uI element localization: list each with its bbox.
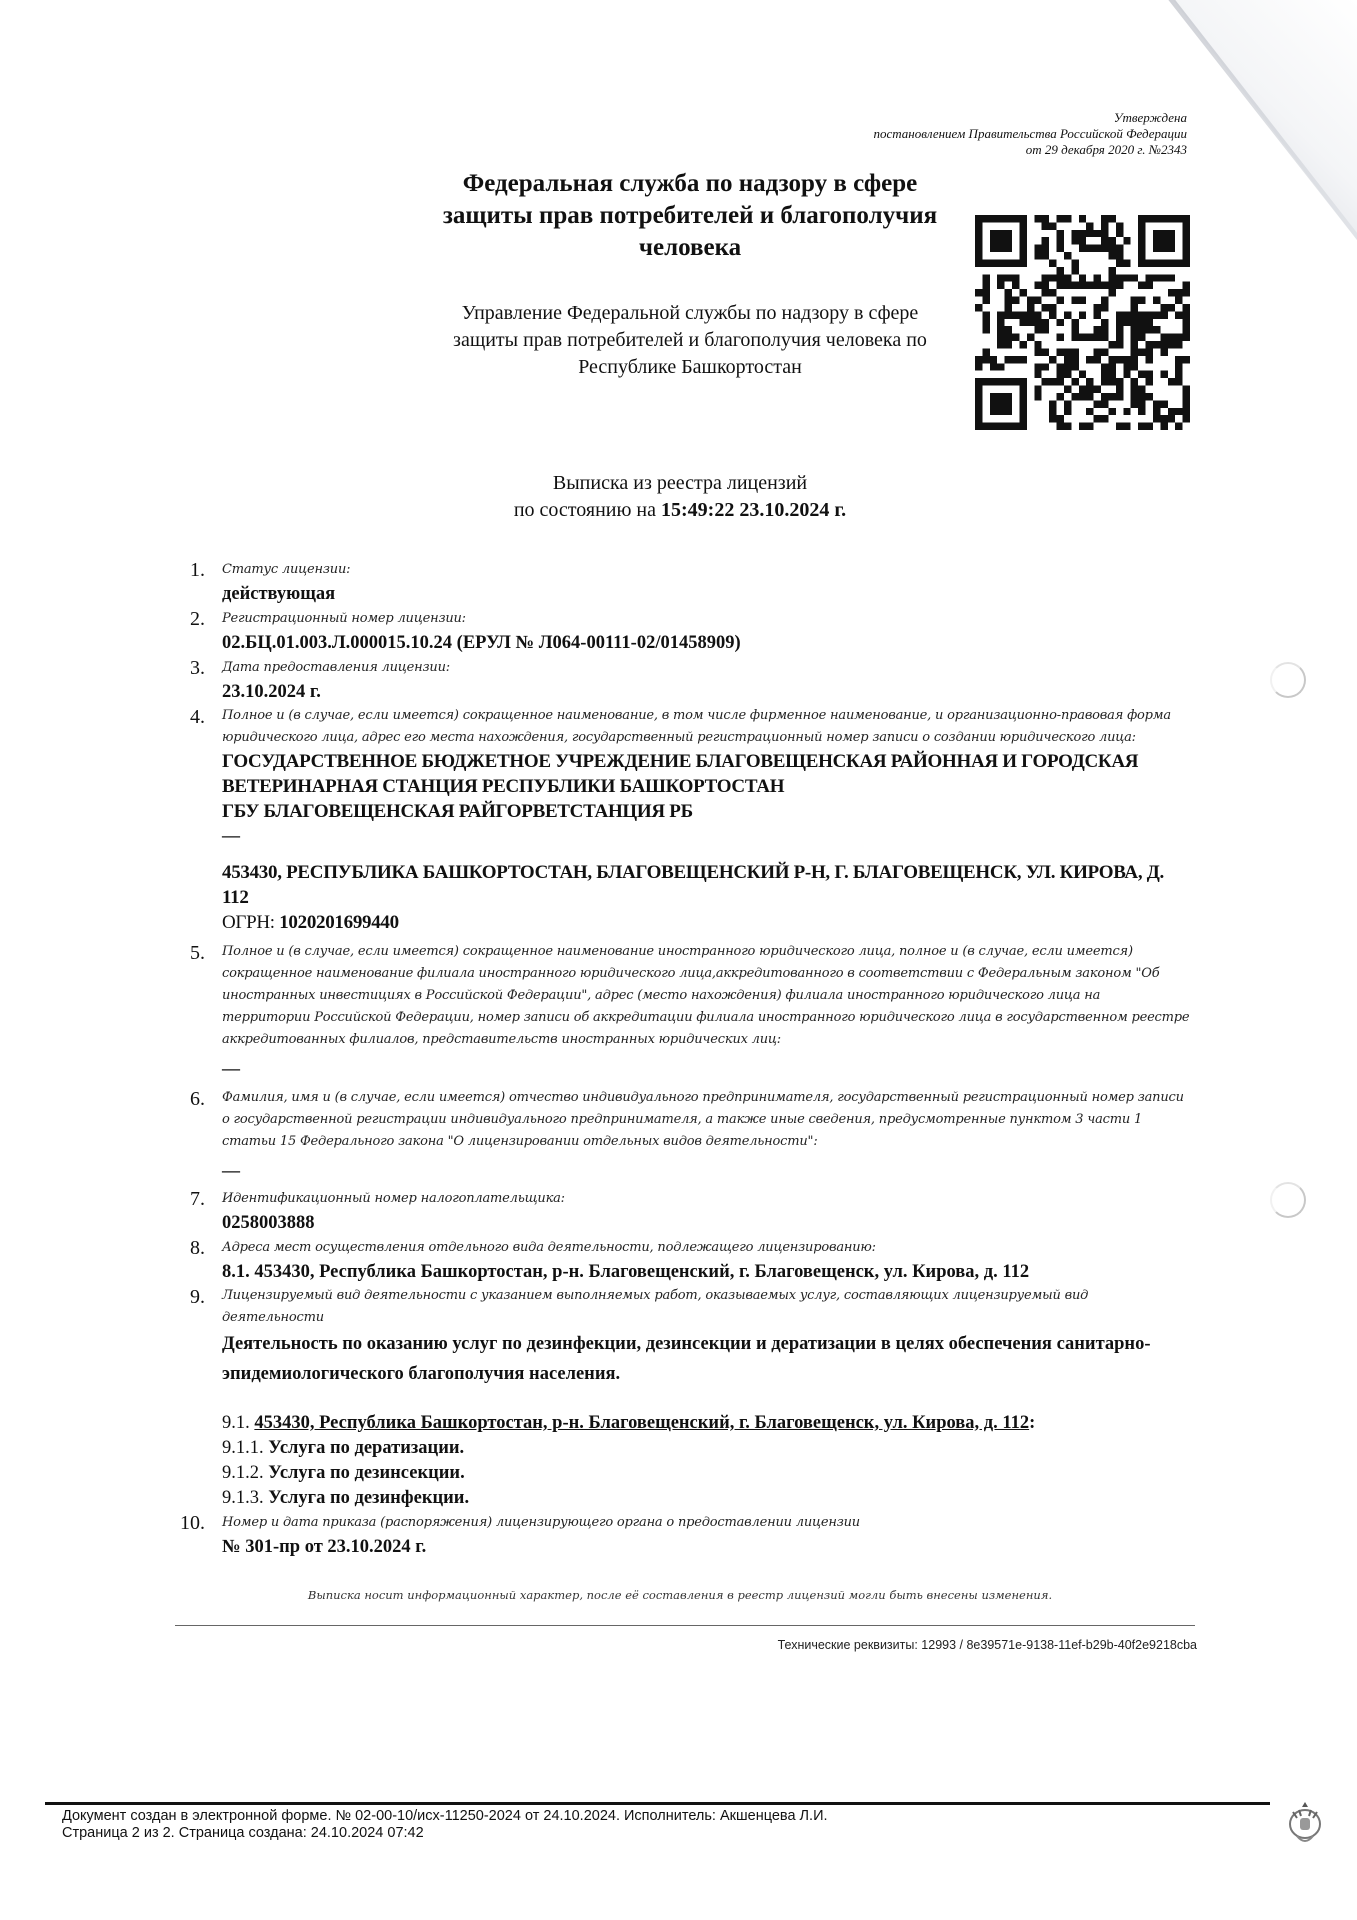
item-reg-number: 2. Регистрационный номер лицензии: 02.БЦ… bbox=[190, 607, 1190, 656]
item-label: Полное и (в случае, если имеется) сокращ… bbox=[222, 941, 1190, 1051]
license-items: 1. Статус лицензии: действующая 2. Регис… bbox=[190, 558, 1190, 1560]
divider bbox=[175, 1625, 1195, 1626]
foreign-entity-value: — bbox=[222, 1057, 1190, 1079]
licensed-activity: Деятельность по оказанию услуг по дезинф… bbox=[222, 1329, 1190, 1389]
inn-value: 0258003888 bbox=[222, 1211, 1190, 1236]
item-label: Полное и (в случае, если имеется) сокращ… bbox=[222, 705, 1190, 749]
service-address-number: 9.1. bbox=[222, 1413, 250, 1433]
item-label: Статус лицензии: bbox=[222, 558, 1190, 582]
item-number: 6. bbox=[190, 1087, 205, 1111]
license-issue-date: 23.10.2024 г. bbox=[222, 680, 1190, 705]
item-foreign-entity: 5. Полное и (в случае, если имеется) сок… bbox=[190, 941, 1190, 1079]
entity-ogrn: ОГРН: 1020201699440 bbox=[222, 910, 1190, 935]
item-label: Дата предоставления лицензии: bbox=[222, 656, 1190, 680]
item-label: Номер и дата приказа (распоряжения) лице… bbox=[222, 1511, 1190, 1535]
extract-heading: Выписка из реестра лицензий по состоянию… bbox=[420, 470, 940, 524]
license-reg-number: 02.БЦ.01.003.Л.000015.10.24 (ЕРУЛ № Л064… bbox=[222, 631, 1190, 656]
entity-brand-name: — bbox=[222, 824, 1190, 846]
item-label: Фамилия, имя и (в случае, если имеется) … bbox=[222, 1087, 1190, 1153]
extract-date-prefix: по состоянию на bbox=[514, 499, 656, 521]
extract-title: Выписка из реестра лицензий bbox=[420, 470, 940, 497]
service-item: 9.1.3. Услуга по дезинфекции. bbox=[222, 1486, 1190, 1511]
item-number: 5. bbox=[190, 941, 205, 965]
approval-note: Утверждена постановлением Правительства … bbox=[873, 110, 1187, 158]
item-number: 2. bbox=[190, 607, 205, 631]
item-number: 9. bbox=[190, 1285, 205, 1309]
item-issue-date: 3. Дата предоставления лицензии: 23.10.2… bbox=[190, 656, 1190, 705]
item-label: Идентификационный номер налогоплательщик… bbox=[222, 1187, 1190, 1211]
footer-line1: Документ создан в электронной форме. № 0… bbox=[62, 1808, 828, 1825]
item-number: 8. bbox=[190, 1236, 205, 1260]
item-number: 4. bbox=[190, 705, 205, 729]
service-text: Услуга по дезинсекции. bbox=[268, 1463, 464, 1483]
service-text: Услуга по дезинфекции. bbox=[268, 1488, 469, 1508]
extract-date-line: по состоянию на 15:49:22 23.10.2024 г. bbox=[420, 497, 940, 524]
service-item: 9.1.2. Услуга по дезинсекции. bbox=[222, 1461, 1190, 1486]
footer-divider bbox=[45, 1802, 1270, 1805]
coat-of-arms-icon bbox=[1285, 1800, 1325, 1848]
technical-details: Технические реквизиты: 12993 / 8e39571e-… bbox=[778, 1638, 1197, 1652]
punch-hole-mark bbox=[1270, 1182, 1306, 1218]
service-address-text: 453430, Республика Башкортостан, р-н. Бл… bbox=[254, 1413, 1029, 1433]
item-legal-entity: 4. Полное и (в случае, если имеется) сок… bbox=[190, 705, 1190, 935]
license-status: действующая bbox=[222, 582, 1190, 607]
item-activity-address: 8. Адреса мест осуществления отдельного … bbox=[190, 1236, 1190, 1285]
approval-line1: Утверждена bbox=[873, 110, 1187, 126]
item-status: 1. Статус лицензии: действующая bbox=[190, 558, 1190, 607]
ogrn-value: 1020201699440 bbox=[279, 912, 399, 933]
footer: Документ создан в электронной форме. № 0… bbox=[62, 1808, 828, 1842]
item-label: Адреса мест осуществления отдельного вид… bbox=[222, 1236, 1190, 1260]
department-title: Управление Федеральной службы по надзору… bbox=[430, 300, 950, 381]
ogrn-label: ОГРН: bbox=[222, 912, 275, 933]
info-note: Выписка носит информационный характер, п… bbox=[180, 1588, 1180, 1602]
approval-line3: от 29 декабря 2020 г. №2343 bbox=[873, 142, 1187, 158]
item-label: Лицензируемый вид деятельности с указани… bbox=[222, 1285, 1190, 1329]
extract-date-value: 15:49:22 23.10.2024 г. bbox=[661, 499, 846, 521]
item-number: 10. bbox=[180, 1511, 205, 1535]
service-number: 9.1.2. bbox=[222, 1463, 264, 1483]
service-address: 9.1. 453430, Республика Башкортостан, р-… bbox=[222, 1411, 1190, 1436]
entity-full-name: ГОСУДАРСТВЕННОЕ БЮДЖЕТНОЕ УЧРЕЖДЕНИЕ БЛА… bbox=[222, 749, 1190, 799]
service-number: 9.1.1. bbox=[222, 1438, 264, 1458]
service-number: 9.1.3. bbox=[222, 1488, 264, 1508]
item-number: 3. bbox=[190, 656, 205, 680]
agency-title: Федеральная служба по надзору в сфере за… bbox=[430, 168, 950, 264]
qr-code-icon bbox=[975, 215, 1190, 430]
item-label: Регистрационный номер лицензии: bbox=[222, 607, 1190, 631]
item-order: 10. Номер и дата приказа (распоряжения) … bbox=[190, 1511, 1190, 1560]
service-text: Услуга по дератизации. bbox=[268, 1438, 464, 1458]
item-inn: 7. Идентификационный номер налогоплатель… bbox=[190, 1187, 1190, 1236]
item-number: 7. bbox=[190, 1187, 205, 1211]
service-item: 9.1.1. Услуга по дератизации. bbox=[222, 1436, 1190, 1461]
footer-line2: Страница 2 из 2. Страница создана: 24.10… bbox=[62, 1825, 828, 1842]
item-number: 1. bbox=[190, 558, 205, 582]
approval-line2: постановлением Правительства Российской … bbox=[873, 126, 1187, 142]
activity-address: 8.1. 453430, Республика Башкортостан, р-… bbox=[222, 1260, 1190, 1285]
entrepreneur-value: — bbox=[222, 1159, 1190, 1181]
punch-hole-mark bbox=[1270, 662, 1306, 698]
item-licensed-activity: 9. Лицензируемый вид деятельности с указ… bbox=[190, 1285, 1190, 1511]
entity-address: 453430, РЕСПУБЛИКА БАШКОРТОСТАН, БЛАГОВЕ… bbox=[222, 860, 1190, 910]
entity-short-name: ГБУ БЛАГОВЕЩЕНСКАЯ РАЙГОРВЕТСТАНЦИЯ РБ bbox=[222, 799, 1190, 824]
item-entrepreneur: 6. Фамилия, имя и (в случае, если имеетс… bbox=[190, 1087, 1190, 1181]
order-number: № 301-пр от 23.10.2024 г. bbox=[222, 1535, 1190, 1560]
